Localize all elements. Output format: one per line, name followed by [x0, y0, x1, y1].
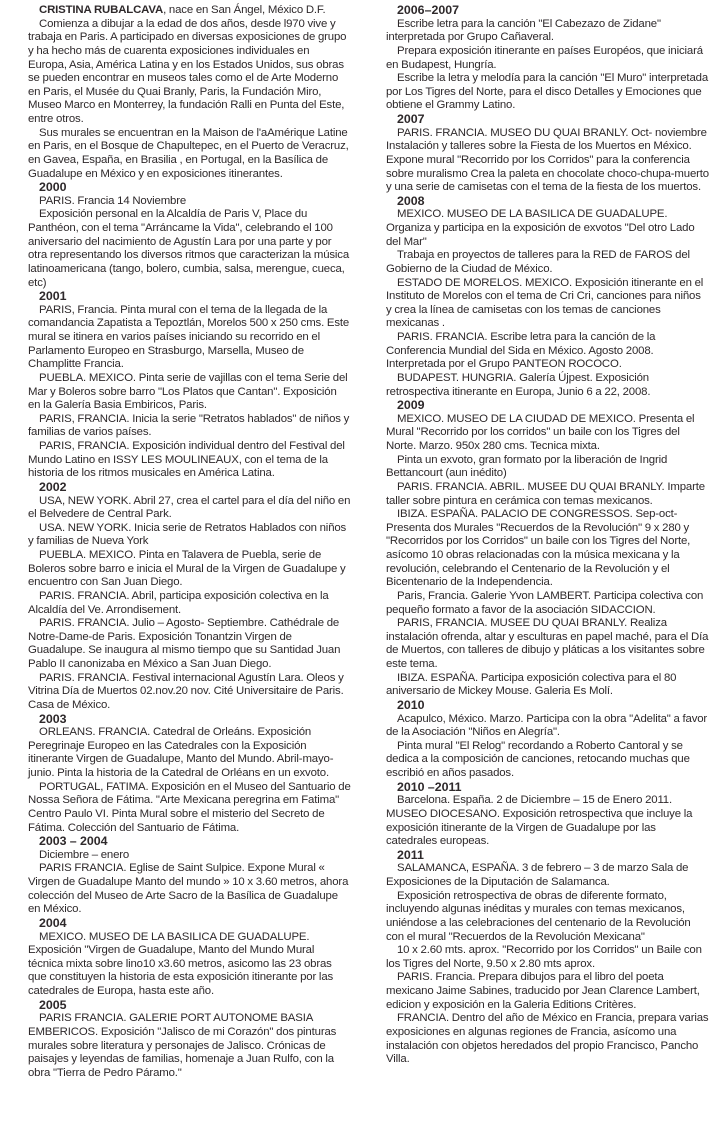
- paragraph: Exposición retrospectiva de obras de dif…: [386, 890, 709, 945]
- paragraph: IBIZA. ESPAÑA. Participa exposición cole…: [386, 672, 709, 699]
- paragraph: PARIS. FRANCIA. ABRIL. MUSEE DU QUAI BRA…: [386, 481, 709, 508]
- paragraph: Diciembre – enero: [28, 849, 351, 863]
- paragraph: IBIZA. ESPAÑA. PALACIO DE CONGRESSOS. Se…: [386, 508, 709, 590]
- artist-name: CRISTINA RUBALCAVA: [39, 4, 163, 16]
- year-heading: 2003 – 2004: [28, 835, 351, 849]
- year-heading: 2010: [386, 699, 709, 713]
- paragraph: PORTUGAL, FATIMA. Exposición en el Museo…: [28, 781, 351, 836]
- year-heading: 2000: [28, 181, 351, 195]
- paragraph: FRANCIA. Dentro del año de México en Fra…: [386, 1012, 709, 1067]
- paragraph: Paris, Francia. Galerie Yvon LAMBERT. Pa…: [386, 590, 709, 617]
- right-column: 2006–2007Escribe letra para la canción "…: [386, 4, 709, 1080]
- paragraph: Comienza a dibujar a la edad de dos años…: [28, 18, 351, 127]
- paragraph: MEXICO. MUSEO DE LA BASILICA DE GUADALUP…: [386, 208, 709, 249]
- paragraph: Pinta mural "El Relog" recordando a Robe…: [386, 740, 709, 781]
- paragraph: Trabaja en proyectos de talleres para la…: [386, 249, 709, 276]
- paragraph: 10 x 2.60 mts. aprox. "Recorrido por los…: [386, 944, 709, 971]
- year-heading: 2005: [28, 999, 351, 1013]
- paragraph: ESTADO DE MORELOS. MEXICO. Exposición it…: [386, 277, 709, 332]
- paragraph: ORLEANS. FRANCIA. Catedral de Orleáns. E…: [28, 726, 351, 781]
- paragraph: USA. NEW YORK. Inicia serie de Retratos …: [28, 522, 351, 549]
- paragraph: PARIS, FRANCIA. Inicia la serie "Retrato…: [28, 413, 351, 440]
- paragraph: PARIS, Francia. Pinta mural con el tema …: [28, 304, 351, 372]
- paragraph: Acapulco, México. Marzo. Participa con l…: [386, 713, 709, 740]
- year-heading: 2003: [28, 713, 351, 727]
- paragraph: MEXICO. MUSEO DE LA CIUDAD DE MEXICO. Pr…: [386, 413, 709, 454]
- paragraph: Pinta un exvoto, gran formato por la lib…: [386, 454, 709, 481]
- paragraph: SALAMANCA, ESPAÑA. 3 de febrero – 3 de m…: [386, 862, 709, 889]
- paragraph: PUEBLA. MEXICO. Pinta en Talavera de Pue…: [28, 549, 351, 590]
- paragraph: PARIS. Francia 14 Noviembre: [28, 195, 351, 209]
- paragraph: Prepara exposición itinerante en países …: [386, 45, 709, 72]
- paragraph: PARIS. FRANCIA. Escribe letra para la ca…: [386, 331, 709, 372]
- paragraph: PARIS, FRANCIA. Exposición individual de…: [28, 440, 351, 481]
- paragraph: PARIS FRANCIA. Eglise de Saint Sulpice. …: [28, 862, 351, 917]
- paragraph: PARIS. FRANCIA. Festival internacional A…: [28, 672, 351, 713]
- paragraph: Escribe letra para la canción "El Cabeza…: [386, 18, 709, 45]
- paragraph: Sus murales se encuentran en la Maison d…: [28, 127, 351, 182]
- year-heading: 2004: [28, 917, 351, 931]
- paragraph: PUEBLA. MEXICO. Pinta serie de vajillas …: [28, 372, 351, 413]
- year-heading: 2007: [386, 113, 709, 127]
- paragraph: Barcelona. España. 2 de Diciembre – 15 d…: [386, 794, 709, 849]
- paragraph: PARIS. Francia. Prepara dibujos para el …: [386, 971, 709, 1012]
- year-heading: 2001: [28, 290, 351, 304]
- year-heading: 2011: [386, 849, 709, 863]
- paragraph: USA, NEW YORK. Abril 27, crea el cartel …: [28, 495, 351, 522]
- paragraph: Escribe la letra y melodía para la canci…: [386, 72, 709, 113]
- year-heading: 2010 –2011: [386, 781, 709, 795]
- year-heading: 2002: [28, 481, 351, 495]
- paragraph: PARIS. FRANCIA. Abril, participa exposic…: [28, 590, 351, 617]
- left-column: CRISTINA RUBALCAVA, nace en San Ángel, M…: [28, 4, 351, 1080]
- paragraph: BUDAPEST. HUNGRIA. Galería Újpest. Expos…: [386, 372, 709, 399]
- year-heading: 2009: [386, 399, 709, 413]
- paragraph: Exposición personal en la Alcaldía de Pa…: [28, 208, 351, 290]
- document-page: CRISTINA RUBALCAVA, nace en San Ángel, M…: [0, 0, 711, 1080]
- paragraph: PARIS. FRANCIA. Julio – Agosto- Septiemb…: [28, 617, 351, 672]
- paragraph: PARIS. FRANCIA. MUSEO DU QUAI BRANLY. Oc…: [386, 127, 709, 195]
- paragraph: MEXICO. MUSEO DE LA BASILICA DE GUADALUP…: [28, 931, 351, 999]
- paragraph: PARIS, FRANCIA. MUSEE DU QUAI BRANLY. Re…: [386, 617, 709, 672]
- year-heading: 2008: [386, 195, 709, 209]
- year-heading: 2006–2007: [386, 4, 709, 18]
- paragraph: PARIS FRANCIA. GALERIE PORT AUTONOME BAS…: [28, 1012, 351, 1080]
- paragraph: CRISTINA RUBALCAVA, nace en San Ángel, M…: [28, 4, 351, 18]
